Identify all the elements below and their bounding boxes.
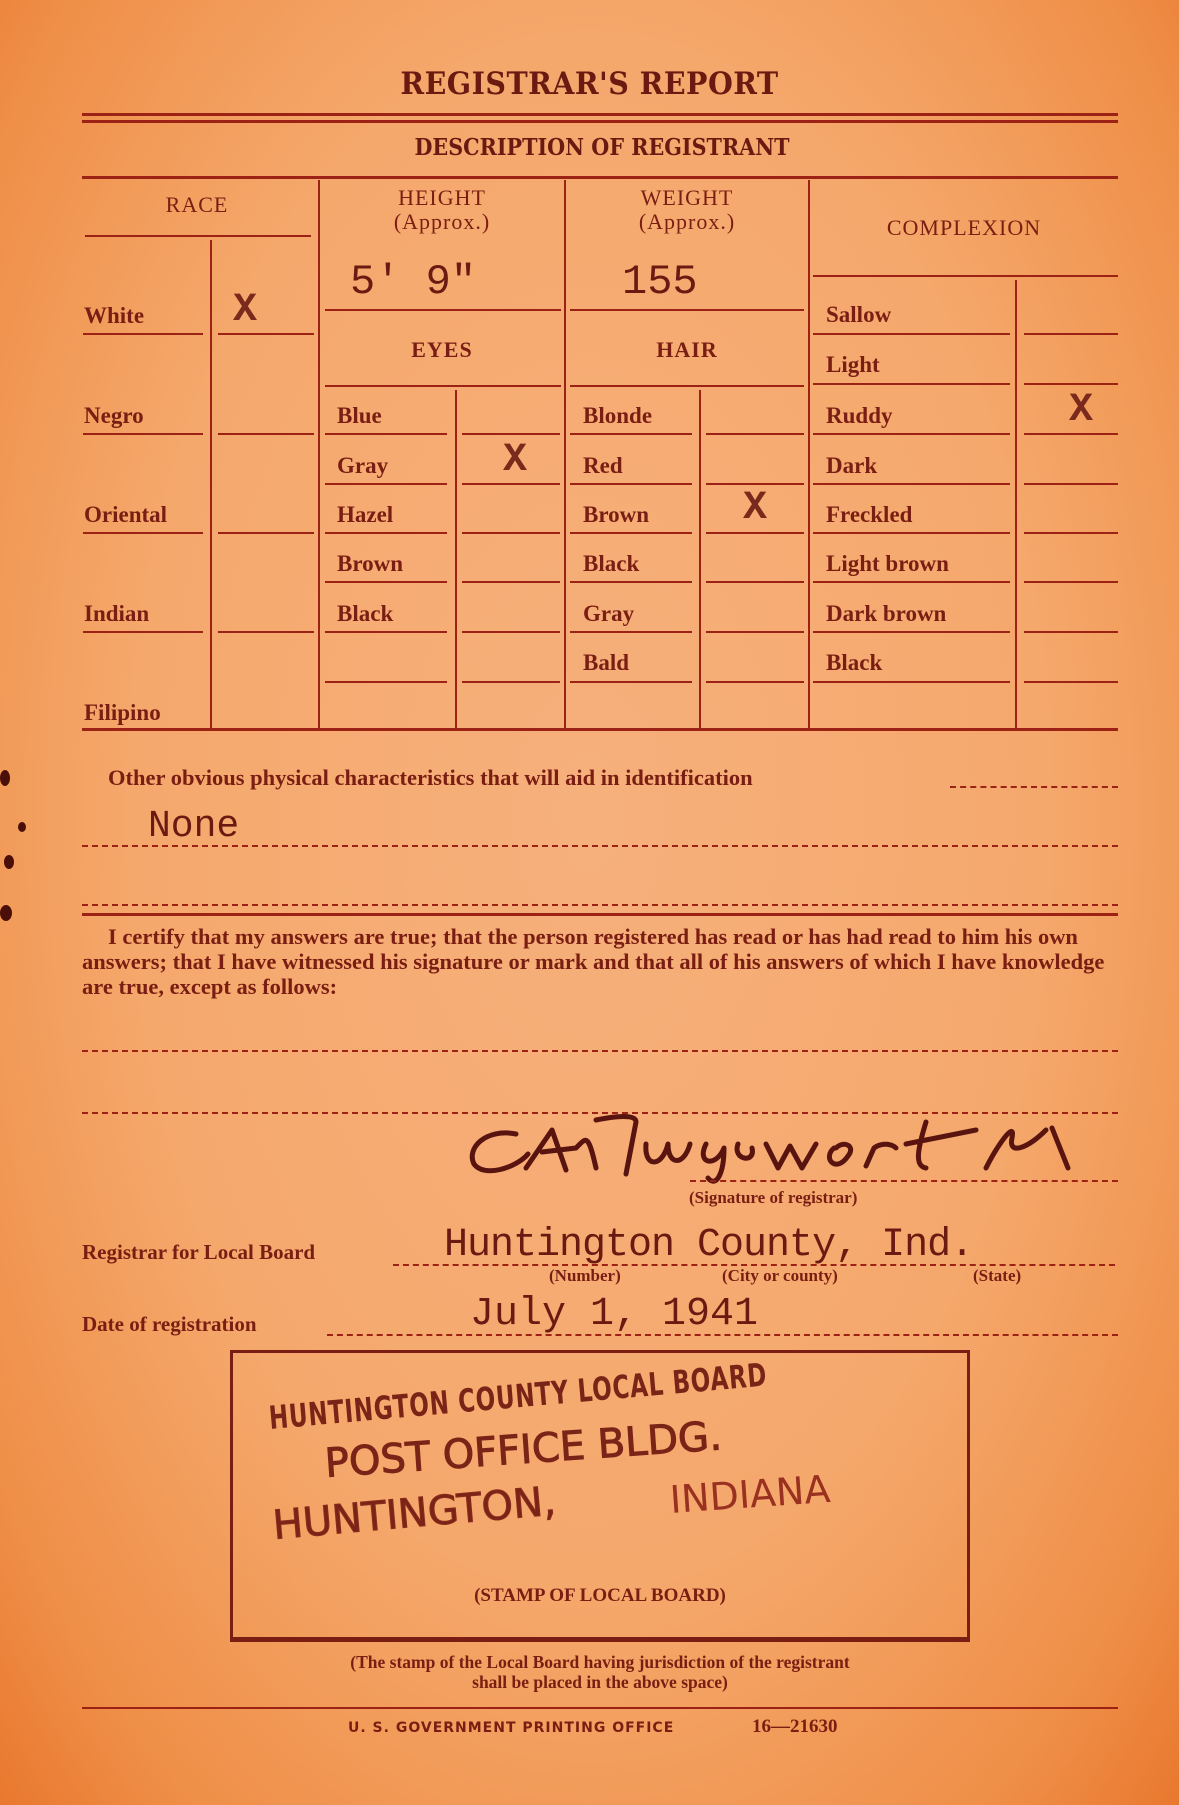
form-number: 16—21630: [752, 1716, 838, 1738]
complexion-option-light: Light: [826, 352, 880, 378]
row-rule: [706, 483, 804, 485]
row-rule: [1024, 333, 1118, 335]
row-rule: [813, 581, 1010, 583]
eyes-header: EYES: [320, 338, 564, 362]
row-rule: [218, 333, 314, 335]
complexion-ruddy-checkmark[interactable]: X: [1069, 388, 1093, 433]
weight-rule: [570, 309, 804, 311]
hair-check-divider: [699, 390, 701, 728]
stamp-line-city: HUNTINGTON,: [271, 1478, 557, 1549]
hair-header: HAIR: [566, 338, 808, 362]
row-rule: [462, 631, 560, 633]
stamp-instruction: (The stamp of the Local Board having jur…: [200, 1652, 1000, 1692]
row-rule: [462, 681, 560, 683]
local-board-stamp-box: HUNTINGTON COUNTY LOCAL BOARD POST OFFIC…: [230, 1350, 970, 1642]
signature-line: [690, 1180, 1118, 1182]
weight-header: WEIGHT (Approx.): [566, 186, 808, 234]
row-rule: [1024, 483, 1118, 485]
row-rule: [813, 483, 1010, 485]
row-rule: [83, 532, 203, 534]
row-rule: [1024, 631, 1118, 633]
hair-brown-checkmark[interactable]: X: [743, 486, 767, 531]
race-option-oriental: Oriental: [84, 502, 167, 528]
hair-option-bald: Bald: [583, 650, 629, 676]
ink-blot: [18, 822, 26, 832]
row-rule: [706, 433, 804, 435]
eyes-option-brown: Brown: [337, 551, 403, 577]
row-rule: [1024, 383, 1118, 385]
local-board-value[interactable]: Huntington County, Ind.: [444, 1223, 973, 1268]
row-rule: [570, 631, 692, 633]
row-rule: [1024, 581, 1118, 583]
row-rule: [706, 532, 804, 534]
race-option-negro: Negro: [84, 403, 144, 429]
stamp-caption: (STAMP OF LOCAL BOARD): [233, 1585, 967, 1607]
row-rule: [813, 681, 1010, 683]
eyes-header-rule: [325, 385, 561, 387]
title-rule-top: [82, 113, 1118, 116]
weight-value[interactable]: 155: [622, 258, 698, 306]
eyes-option-hazel: Hazel: [337, 502, 393, 528]
section-title: DESCRIPTION OF REGISTRANT: [60, 134, 1144, 161]
title-rule-bottom: [82, 120, 1118, 123]
row-rule: [462, 483, 560, 485]
row-rule: [570, 581, 692, 583]
col-divider: [564, 180, 566, 728]
local-board-label: Registrar for Local Board: [82, 1240, 315, 1265]
row-rule: [813, 333, 1010, 335]
col-divider: [318, 180, 320, 728]
stamp-line-state: INDIANA: [668, 1467, 831, 1522]
complexion-option-freckled: Freckled: [826, 502, 912, 528]
complexion-option-ruddy: Ruddy: [826, 403, 892, 429]
registrars-report-card: REGISTRAR'S REPORT DESCRIPTION OF REGIST…: [0, 0, 1179, 1805]
dotted-line: [82, 904, 1118, 906]
row-rule: [570, 532, 692, 534]
other-characteristics-value[interactable]: None: [148, 805, 239, 848]
race-option-filipino: Filipino: [84, 700, 161, 726]
row-rule: [813, 383, 1010, 385]
row-rule: [218, 433, 314, 435]
weight-approx: (Approx.): [566, 210, 808, 234]
city-caption: (City or county): [722, 1266, 838, 1286]
signature-scribble-icon: [456, 1108, 1176, 1188]
height-approx: (Approx.): [320, 210, 564, 234]
footer-rule: [82, 1707, 1118, 1709]
race-option-indian: Indian: [84, 601, 149, 627]
row-rule: [218, 631, 314, 633]
row-rule: [813, 532, 1010, 534]
signature-caption: (Signature of registrar): [689, 1188, 857, 1208]
complexion-option-dark: Dark: [826, 453, 877, 479]
page-title: REGISTRAR'S REPORT: [47, 66, 1132, 102]
stamp-instruction-line-1: (The stamp of the Local Board having jur…: [200, 1652, 1000, 1672]
table-top-rule: [82, 176, 1118, 179]
height-header: HEIGHT (Approx.): [320, 186, 564, 234]
row-rule: [325, 532, 447, 534]
registrar-signature[interactable]: [456, 1108, 1176, 1188]
row-rule: [570, 681, 692, 683]
state-caption: (State): [973, 1266, 1021, 1286]
height-title: HEIGHT: [320, 186, 564, 210]
row-rule: [462, 532, 560, 534]
race-header-rule: [85, 235, 311, 237]
complexion-option-black: Black: [826, 650, 882, 676]
row-rule: [325, 631, 447, 633]
row-rule: [1024, 433, 1118, 435]
complexion-check-divider: [1015, 280, 1017, 728]
eyes-gray-checkmark[interactable]: X: [503, 438, 527, 483]
complexion-option-light-brown: Light brown: [826, 551, 949, 577]
other-characteristics-label: Other obvious physical characteristics t…: [108, 765, 753, 791]
complexion-option-dark-brown: Dark brown: [826, 601, 946, 627]
certification-text: I certify that my answers are true; that…: [82, 924, 1122, 999]
row-rule: [813, 433, 1010, 435]
row-rule: [570, 433, 692, 435]
row-rule: [462, 581, 560, 583]
eyes-check-divider: [455, 390, 457, 728]
col-divider: [808, 180, 810, 728]
weight-title: WEIGHT: [566, 186, 808, 210]
row-rule: [706, 681, 804, 683]
row-rule: [570, 483, 692, 485]
hair-option-gray: Gray: [583, 601, 634, 627]
dotted-line: [950, 786, 1118, 788]
row-rule: [1024, 532, 1118, 534]
height-value[interactable]: 5' 9": [350, 258, 476, 306]
hair-header-rule: [570, 385, 804, 387]
table-bottom-rule: [82, 728, 1118, 731]
row-rule: [83, 433, 203, 435]
race-white-checkmark[interactable]: X: [233, 288, 257, 333]
row-rule: [706, 631, 804, 633]
printer-credit: U. S. GOVERNMENT PRINTING OFFICE: [348, 1720, 674, 1736]
row-rule: [325, 681, 447, 683]
number-caption: (Number): [549, 1266, 621, 1286]
height-rule: [325, 309, 561, 311]
ink-blot: [0, 770, 10, 786]
registration-date-label: Date of registration: [82, 1312, 257, 1337]
complexion-header-rule: [813, 275, 1118, 277]
section-rule: [82, 913, 1118, 916]
row-rule: [813, 631, 1010, 633]
row-rule: [218, 532, 314, 534]
hair-option-black: Black: [583, 551, 639, 577]
race-option-white: White: [84, 303, 144, 329]
ink-blot: [4, 855, 14, 869]
eyes-option-gray: Gray: [337, 453, 388, 479]
eyes-option-blue: Blue: [337, 403, 382, 429]
registration-date-value[interactable]: July 1, 1941: [470, 1292, 758, 1337]
row-rule: [83, 333, 203, 335]
stamp-instruction-line-2: shall be placed in the above space): [200, 1672, 1000, 1692]
row-rule: [325, 433, 447, 435]
eyes-option-black: Black: [337, 601, 393, 627]
race-header: RACE: [82, 193, 312, 217]
hair-option-blonde: Blonde: [583, 403, 652, 429]
complexion-option-sallow: Sallow: [826, 302, 891, 328]
row-rule: [706, 581, 804, 583]
row-rule: [325, 581, 447, 583]
ink-blot: [0, 905, 12, 921]
row-rule: [462, 433, 560, 435]
hair-option-red: Red: [583, 453, 623, 479]
except-line-1: [82, 1050, 1118, 1052]
row-rule: [83, 631, 203, 633]
race-check-divider: [210, 240, 212, 728]
row-rule: [325, 483, 447, 485]
hair-option-brown: Brown: [583, 502, 649, 528]
row-rule: [1024, 681, 1118, 683]
dotted-line: [82, 845, 1118, 847]
complexion-header: COMPLEXION: [810, 216, 1118, 240]
